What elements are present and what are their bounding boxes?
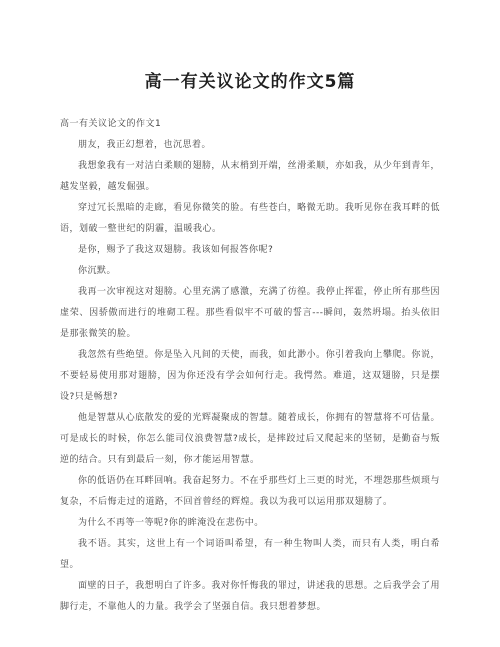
paragraph: 是你，赐予了我这双翅膀。我该如何报答你呢? — [60, 240, 440, 261]
paragraph: 为什么不再等一等呢?你的眸淹没在悲伤中。 — [60, 513, 440, 534]
paragraph: 你沉默。 — [60, 261, 440, 282]
paragraph: 我忽然有些绝望。你是坠入凡间的天使，而我，如此渺小。你引着我向上攀爬。你说，不要… — [60, 345, 440, 408]
document-page: 高一有关议论文的作文5篇 高一有关议论文的作文1 朋友，我正幻想着，也沉思着。 … — [0, 0, 500, 647]
paragraph: 朋友，我正幻想着，也沉思着。 — [60, 135, 440, 156]
paragraph: 我再一次审视这对翅膀。心里充满了感激，充满了彷徨。我停止挥霍，停止所有那些因虚荣… — [60, 282, 440, 345]
paragraph: 他是智慧从心底散发的爱的光辉凝聚成的智慧。随着成长，你拥有的智慧将不可估量。可是… — [60, 408, 440, 471]
section-heading: 高一有关议论文的作文1 — [60, 114, 440, 135]
paragraph: 我想象我有一对洁白柔顺的翅膀，从末梢到开端，丝滑柔顺，亦如我，从少年到青年，越发… — [60, 156, 440, 198]
paragraph: 面壁的日子，我想明白了许多。我对你忏悔我的罪过，讲述我的思想。之后我学会了用脚行… — [60, 576, 440, 618]
paragraph: 我不语。其实，这世上有一个词语叫希望，有一种生物叫人类，而只有人类，明白希望。 — [60, 534, 440, 576]
paragraph: 穿过冗长黑暗的走廊，看见你微笑的脸。有些苍白，略微无助。我听见你在我耳畔的低语，… — [60, 198, 440, 240]
paragraph: 你的低语仍在耳畔回响。我奋起努力。不在乎那些灯上三更的时光，不埋怨那些烦琐与复杂… — [60, 471, 440, 513]
doc-title: 高一有关议论文的作文5篇 — [60, 70, 440, 94]
